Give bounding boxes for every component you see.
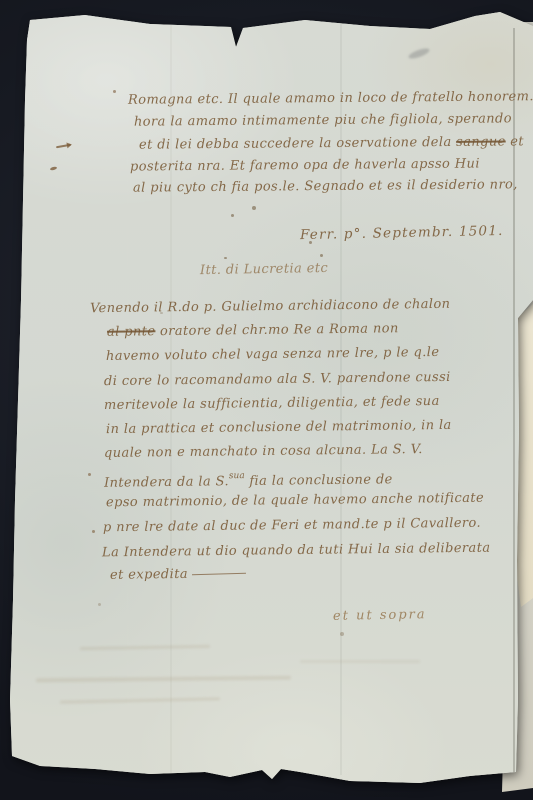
manuscript-line: al piu cyto ch fia pos.le. Segnado et es…: [133, 177, 518, 196]
photo-background: Romagna etc. Il quale amamo in loco de f…: [0, 0, 533, 800]
manuscript-page: Romagna etc. Il quale amamo in loco de f…: [0, 0, 533, 800]
ink-speck: [231, 214, 234, 217]
line-text: et expedita: [110, 567, 188, 583]
margin-dot-mark: [92, 530, 95, 533]
ink-speck: [160, 312, 163, 314]
ink-speck: [340, 632, 344, 636]
ink-speck: [252, 206, 256, 210]
line-text: Intendera da la S.: [104, 474, 229, 491]
line-text: et di lei debba succedere la oservatione…: [139, 135, 456, 153]
line-text: fia la conclusione de: [245, 472, 393, 489]
ink-speck: [98, 603, 101, 606]
manuscript-line: posterita nra. Et faremo opa de haverla …: [130, 156, 480, 175]
manuscript-line: et expedita: [110, 566, 246, 584]
struck-word: sangue: [456, 134, 506, 149]
struck-word: al pnte: [107, 324, 156, 340]
superscript-word: sua: [229, 471, 245, 481]
section-heading: Itt. di Lucretia etc: [200, 261, 328, 279]
manuscript-line: Intendera da la S.sua fia la conclusione…: [104, 466, 393, 492]
ink-speck: [320, 254, 323, 257]
manuscript-line: et di lei debba succedere la oservatione…: [139, 134, 524, 153]
manuscript-page-wrap: Romagna etc. Il quale amamo in loco de f…: [0, 0, 533, 800]
margin-dot-mark: [88, 473, 91, 476]
manuscript-line: hora la amamo intimamente piu che figlio…: [134, 111, 512, 130]
ink-speck: [224, 257, 227, 259]
margin-dot-mark: [113, 90, 116, 93]
ink-speck: [309, 241, 312, 244]
line-text: Venendo il R.do p. Gulielmo archidiacono…: [90, 297, 451, 316]
line-text: et: [506, 134, 524, 149]
showthrough-line: [300, 660, 420, 663]
line-text: oratore del chr.mo Re a Roma non: [155, 321, 398, 339]
closing-mark: et ut sopra: [333, 607, 427, 625]
flourish-line: [192, 573, 246, 576]
ink-speck: [529, 588, 533, 592]
